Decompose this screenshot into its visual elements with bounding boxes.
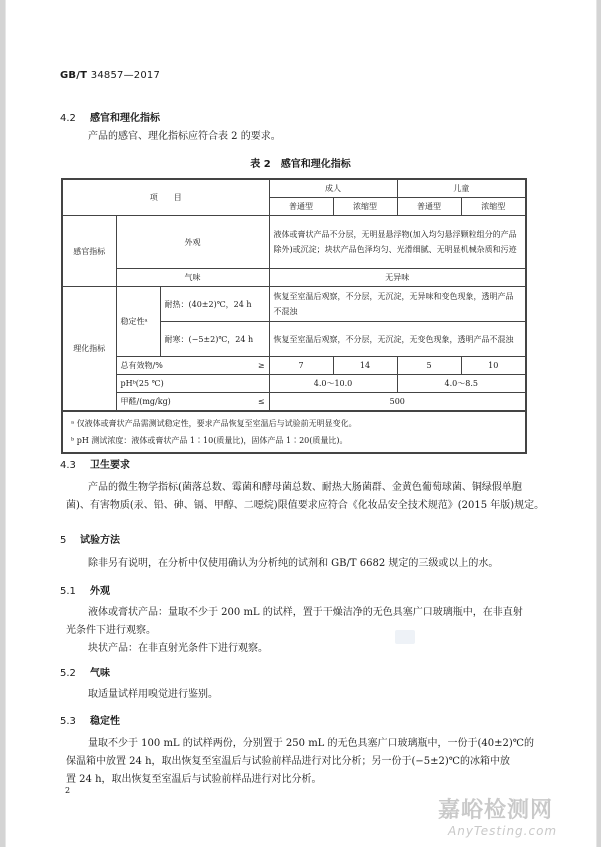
section-5-2-heading: 5.2气味: [60, 664, 110, 679]
odor-value: 无异味: [269, 269, 526, 287]
appearance-label: 外观: [116, 216, 269, 269]
standard-prefix: GB/T: [60, 70, 87, 81]
cold-resistance-value: 恢复至室温后观察，不分层，无沉淀，无变色现象，透明产品不混浊: [269, 322, 526, 357]
section-5-3-line1: 量取不少于 100 mL 的试样两份，分别置于 250 mL 的无色具塞广口玻璃…: [88, 734, 534, 753]
section-4-3-heading: 4.3卫生要求: [60, 456, 130, 471]
ph-label: pHᵇ(25 ℃): [116, 375, 269, 393]
section-5-3-line3: 置 24 h，取出恢复至室温后与试验前样品进行对比分析。: [66, 770, 322, 789]
gte-symbol: ≥: [258, 358, 265, 373]
active-child-regular: 5: [397, 357, 461, 375]
section-5-heading: 5试验方法: [60, 531, 120, 546]
page-number: 2: [65, 786, 70, 795]
lte-symbol: ≤: [258, 394, 265, 409]
header-adult-concentrated: 浓缩型: [333, 198, 397, 216]
table-note-b: ᵇ pH 测试浓度：液体或膏状产品 1∶10(质量比)，固体产品 1∶20(质量…: [71, 432, 517, 449]
header-child-concentrated: 浓缩型: [461, 198, 526, 216]
section-5-1-line3: 块状产品：在非直射光条件下进行观察。: [88, 639, 268, 658]
active-adult-concentrated: 14: [333, 357, 397, 375]
ph-child: 4.0～8.5: [397, 375, 526, 393]
heat-resistance-value: 恢复至室温后观察，不分层，无沉淀，无异味和变色现象，透明产品不混浊: [269, 287, 526, 322]
watermark-cn: 嘉峪检测网: [438, 793, 557, 824]
section-4-2-heading: 4.2感官和理化指标: [60, 109, 160, 124]
table-caption: 表 2 感官和理化指标: [0, 155, 601, 170]
formaldehyde-label: 甲醛/(mg/kg) ≤: [116, 393, 269, 412]
section-5-1-line2: 光条件下进行观察。: [66, 621, 156, 640]
group-sensory: 感官指标: [62, 216, 116, 287]
table-notes: ᵃ 仅液体或膏状产品需测试稳定性，要求产品恢复至室温后与试验前无明显变化。 ᵇ …: [62, 411, 526, 453]
heat-resistance-label: 耐热：(40±2)℃，24 h: [160, 287, 269, 322]
section-5-3-line2: 保温箱中放置 24 h，取出恢复至室温后与试验前样品进行对比分析；另一份于(−5…: [66, 752, 510, 771]
section-5-1-line1: 液体或膏状产品：量取不少于 200 mL 的试样，置于干燥洁净的无色具塞广口玻璃…: [88, 603, 523, 622]
group-physchem: 理化指标: [62, 287, 116, 412]
section-4-3-line1: 产品的微生物学指标(菌落总数、霉菌和酵母菌总数、耐热大肠菌群、金黄色葡萄球菌、铜…: [88, 478, 522, 497]
section-5-1-heading: 5.1外观: [60, 582, 110, 597]
header-adult: 成人: [269, 179, 397, 198]
formaldehyde-value: 500: [269, 393, 526, 412]
watermark: 嘉峪检测网 AnyTesting.com: [438, 793, 557, 838]
section-4-3-line2: 菌)、有害物质(汞、铅、砷、镉、甲醇、二噁烷)限值要求应符合《化妆品安全技术规范…: [66, 496, 544, 515]
header-child-regular: 普通型: [397, 198, 461, 216]
section-4-2-text: 产品的感官、理化指标应符合表 2 的要求。: [88, 127, 281, 146]
active-child-concentrated: 10: [461, 357, 526, 375]
section-5-3-heading: 5.3稳定性: [60, 712, 120, 727]
header-adult-regular: 普通型: [269, 198, 333, 216]
section-5-text: 除非另有说明，在分析中仅使用确认为分析纯的试剂和 GB/T 6682 规定的三级…: [88, 554, 498, 573]
odor-label: 气味: [116, 269, 269, 287]
table-note-a: ᵃ 仅液体或膏状产品需测试稳定性，要求产品恢复至室温后与试验前无明显变化。: [71, 415, 517, 432]
indicators-table: 项 目 成人 儿童 普通型 浓缩型 普通型 浓缩型 感官指标 外观 液体或膏状产…: [61, 178, 527, 454]
standard-number: 34857—2017: [91, 70, 160, 81]
header-child: 儿童: [397, 179, 526, 198]
standard-header: GB/T 34857—2017: [60, 70, 160, 81]
active-adult-regular: 7: [269, 357, 333, 375]
active-matter-label: 总有效物/% ≥: [116, 357, 269, 375]
stability-label: 稳定性ᵃ: [116, 287, 160, 357]
appearance-value: 液体或膏状产品不分层，无明显悬浮物(加入均匀悬浮颗粒组分的产品除外)或沉淀；块状…: [269, 216, 526, 269]
header-item: 项 目: [62, 179, 269, 216]
ph-adult: 4.0～10.0: [269, 375, 397, 393]
watermark-en: AnyTesting.com: [448, 824, 557, 838]
section-5-2-text: 取适量试样用嗅觉进行鉴别。: [88, 685, 218, 704]
decorative-square: [395, 630, 415, 644]
cold-resistance-label: 耐寒：(−5±2)℃，24 h: [160, 322, 269, 357]
